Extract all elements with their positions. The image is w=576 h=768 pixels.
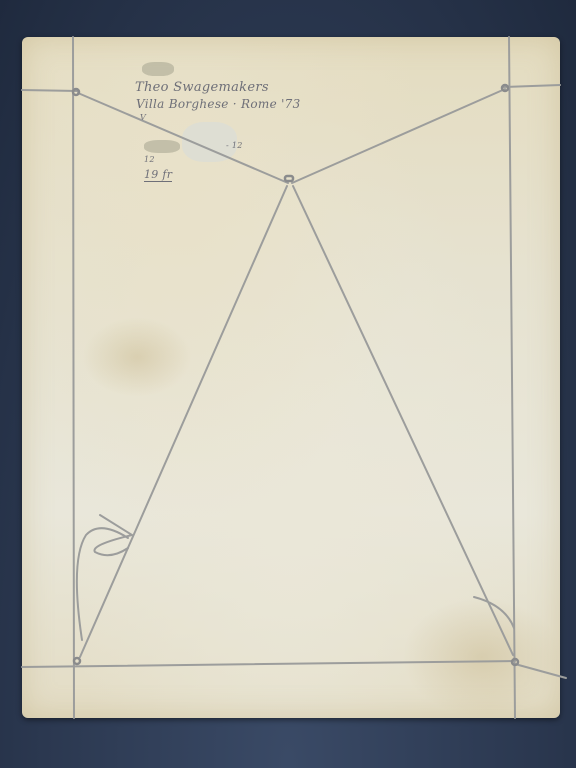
hanging-wires (0, 0, 576, 768)
